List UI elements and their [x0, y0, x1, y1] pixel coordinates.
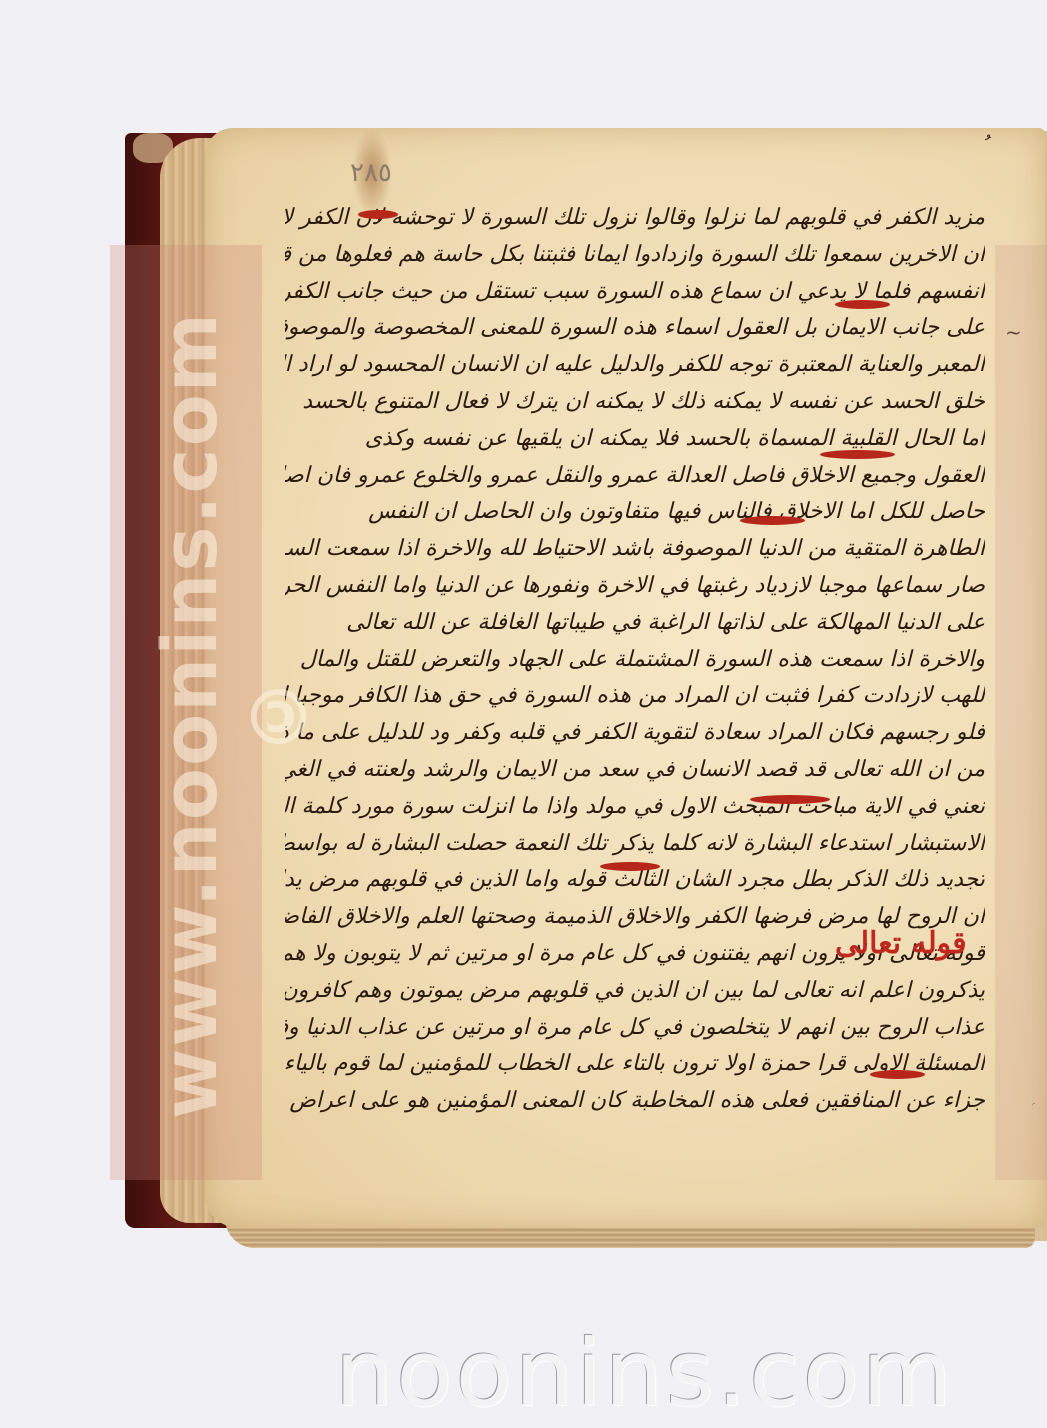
rubric-mark	[740, 516, 805, 525]
rubric-mark	[835, 300, 890, 309]
text-line: ان الاخرين سمعوا تلك السورة وازدادوا ايم…	[285, 237, 985, 274]
text-line: الاستبشار استدعاء البشارة لانه كلما يذكر…	[285, 826, 985, 863]
watermark-bottom-text: noonins.com	[335, 1320, 1047, 1420]
text-line: مزيد الكفر في قلوبهم لما نزلوا وقالوا نز…	[285, 200, 985, 237]
text-line: والاخرة اذا سمعت هذه السورة المشتملة على…	[285, 642, 985, 679]
rubric-mark	[600, 862, 660, 871]
text-line: يذكرون اعلم انه تعالى لما بين ان الذين ف…	[285, 973, 985, 1010]
text-line: المعبر والعناية المعتبرة توجه للكفر والد…	[285, 347, 985, 384]
text-line: على الدنيا المهالكة على لذاتها الراغبة ف…	[285, 605, 985, 642]
rubric-mark	[820, 450, 895, 459]
text-line: الطاهرة المتقية من الدنيا الموصوفة باشد …	[285, 531, 985, 568]
text-line: للهب لازدادت كفرا فثبت ان المراد من هذه …	[285, 678, 985, 715]
text-line: فلو رجسهم فكان المراد سعادة لتقوية الكفر…	[285, 715, 985, 752]
text-line: على جانب الايمان بل العقول اسماء هذه الس…	[285, 310, 985, 347]
text-line: خلق الحسد عن نفسه لا يمكنه ذلك لا يمكنه …	[285, 384, 985, 421]
text-line: حاصل للكل اما الاخلاق فالناس فيها متفاوت…	[285, 494, 985, 531]
text-line: من ان الله تعالى قد قصد الانسان في سعد م…	[285, 752, 985, 789]
text-line: صار سماعها موجبا لازدياد رغبتها في الاخر…	[285, 568, 985, 605]
rubric-mark	[358, 210, 398, 219]
rubric-heading: قوله تعالى	[835, 926, 967, 961]
text-line: نعني في الاية مباحث المبحث الاول في مولد…	[285, 789, 985, 826]
text-line: العقول وجميع الاخلاق فاصل العدالة عمرو و…	[285, 458, 985, 495]
watermark-band-right	[995, 245, 1047, 1180]
rubric-mark	[750, 795, 830, 804]
watermark-vertical-text: www.noonins.com ©	[145, 255, 225, 1175]
text-line: عذاب الروح بين انهم لا يتخلصون في كل عام…	[285, 1010, 985, 1047]
folio-number: ٢٨٥	[350, 158, 392, 188]
rubric-mark	[870, 1070, 925, 1079]
margin-mark-top: ﹸ	[985, 133, 991, 157]
text-line: جزاء عن المنافقين فعلى هذه المخاطبة كان …	[285, 1083, 985, 1120]
manuscript-text-block: مزيد الكفر في قلوبهم لما نزلوا وقالوا نز…	[285, 200, 985, 1120]
